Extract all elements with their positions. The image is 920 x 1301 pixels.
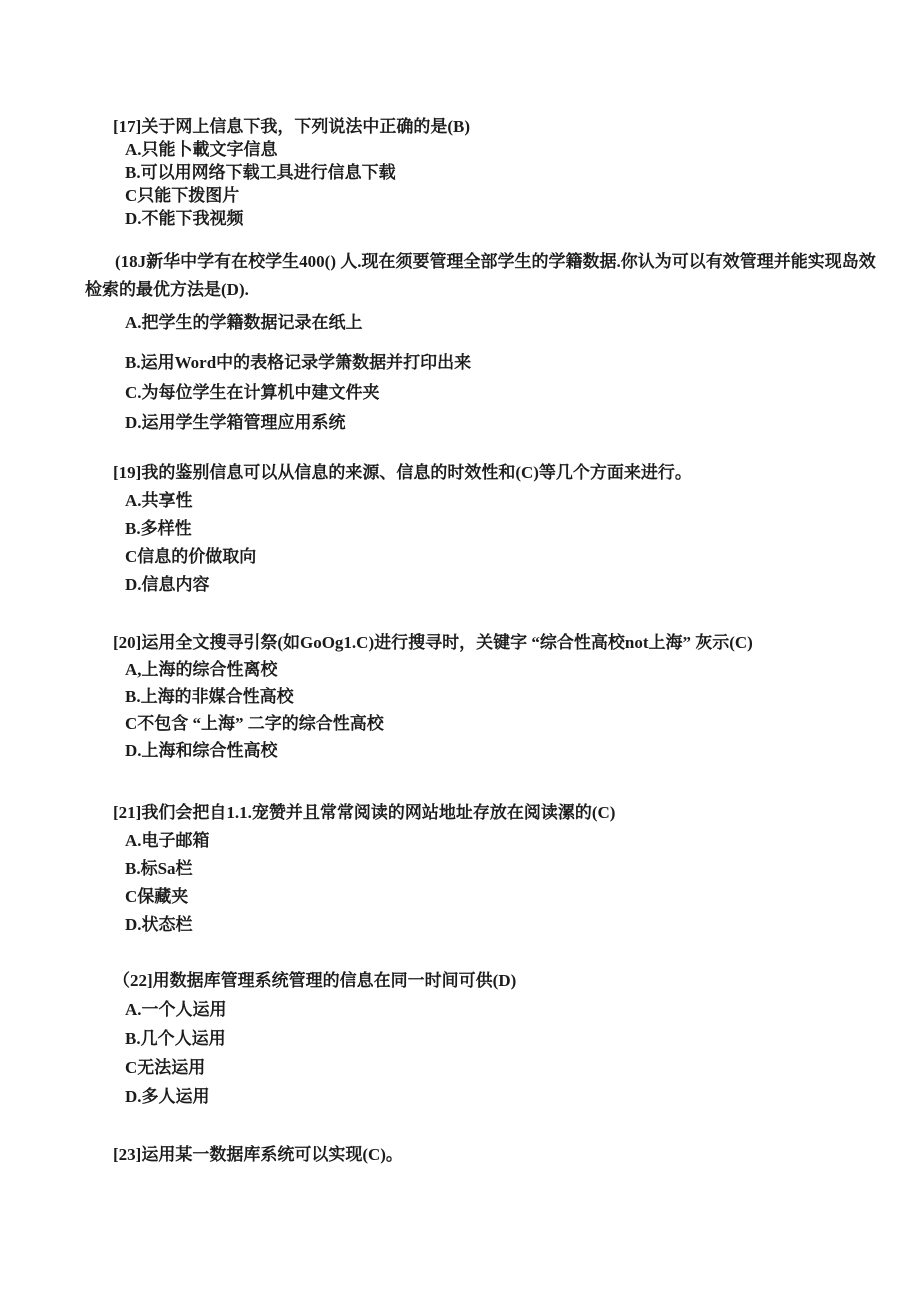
option-c: C不包含 “上海” 二字的综合性高校 — [85, 713, 890, 735]
option-c: C保藏夹 — [85, 886, 890, 908]
option-b: B.几个人运用 — [85, 1028, 890, 1050]
question-17: [17]关于网上信息下我，下列说法中正确的是(B) A.只能卜載文字信息 B.可… — [85, 116, 890, 230]
option-a: A.电子邮箱 — [85, 830, 890, 852]
question-text: （22]用数据库管理系统管理的信息在同一时间可供(D) — [85, 970, 890, 992]
option-d: D.状态栏 — [85, 914, 890, 936]
option-b: B.多样性 — [85, 518, 890, 540]
option-a: A.共享性 — [85, 490, 890, 512]
question-23: [23]运用某一数据库系统可以实现(C)。 — [85, 1144, 890, 1166]
question-text: (18J新华中学有在校学生400() 人.现在须要管理全部学生的学籍数据.你认为… — [85, 248, 885, 304]
question-text: [19]我的鉴别信息可以从信息的来源、信息的时效性和(C)等几个方面来进行。 — [85, 462, 890, 484]
question-18: (18J新华中学有在校学生400() 人.现在须要管理全部学生的学籍数据.你认为… — [85, 248, 890, 434]
question-20: [20]运用全文搜寻引祭(如GoOg1.C)进行搜寻时，关键字 “综合性高校no… — [85, 632, 890, 762]
option-d: D.多人运用 — [85, 1086, 890, 1108]
question-22: （22]用数据库管理系统管理的信息在同一时间可供(D) A.一个人运用 B.几个… — [85, 970, 890, 1108]
option-c: C无法运用 — [85, 1057, 890, 1079]
option-a: A.只能卜載文字信息 — [85, 139, 890, 161]
option-b: B.运用Word中的表格记录学箫数据并打印出来 — [85, 352, 890, 374]
option-d: D.上海和综合性高校 — [85, 740, 890, 762]
option-a: A.一个人运用 — [85, 999, 890, 1021]
option-c: C.为每位学生在计算机中建文件夹 — [85, 382, 890, 404]
option-b: B.标Sa栏 — [85, 858, 890, 880]
option-d: D.信息内容 — [85, 574, 890, 596]
document-page: [17]关于网上信息下我，下列说法中正确的是(B) A.只能卜載文字信息 B.可… — [0, 0, 920, 1301]
option-d: D.运用学生学箱管理应用系统 — [85, 412, 890, 434]
option-b: B.可以用网络下载工具进行信息下载 — [85, 162, 890, 184]
option-b: B.上海的非媒合性高校 — [85, 686, 890, 708]
question-text: [21]我们会把自1.1.宠赞并且常常阅读的网站地址存放在阅读漯的(C) — [85, 802, 890, 824]
question-text: [20]运用全文搜寻引祭(如GoOg1.C)进行搜寻时，关键字 “综合性高校no… — [85, 632, 890, 654]
option-c: C信息的价做取向 — [85, 546, 890, 568]
question-text: [17]关于网上信息下我，下列说法中正确的是(B) — [85, 116, 890, 138]
option-d: D.不能下我视频 — [85, 208, 890, 230]
option-a: A,上海的综合性离校 — [85, 659, 890, 681]
question-text: [23]运用某一数据库系统可以实现(C)。 — [85, 1144, 890, 1166]
question-19: [19]我的鉴别信息可以从信息的来源、信息的时效性和(C)等几个方面来进行。 A… — [85, 462, 890, 596]
option-c: C只能下拨图片 — [85, 185, 890, 207]
question-21: [21]我们会把自1.1.宠赞并且常常阅读的网站地址存放在阅读漯的(C) A.电… — [85, 802, 890, 936]
exam-question-list: [17]关于网上信息下我，下列说法中正确的是(B) A.只能卜載文字信息 B.可… — [0, 0, 920, 1166]
option-a: A.把学生的学籍数据记录在纸上 — [85, 312, 890, 334]
